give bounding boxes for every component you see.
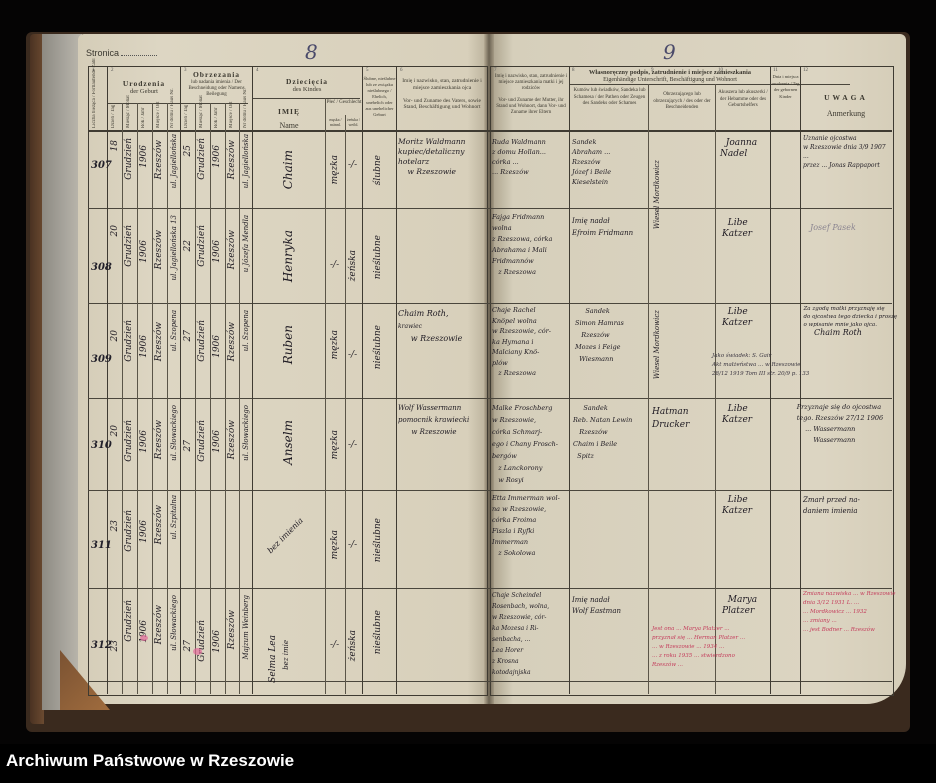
header-subline <box>252 98 360 99</box>
col-divider <box>648 84 649 694</box>
legitimacy: nieślubne <box>373 235 384 279</box>
col5-header: Ślubne, nieślubne lub ze związku nieślub… <box>363 76 396 118</box>
circ-year: 1906 <box>212 240 223 263</box>
col-number: 11 <box>773 68 778 73</box>
birth-house: ul. Jagiellońska 13 <box>169 215 180 280</box>
legitimacy: nieślubne <box>373 325 384 369</box>
left-page-number: 8 <box>305 40 318 64</box>
record-number: 309 <box>91 354 112 365</box>
col-divider <box>137 103 138 694</box>
col-divider <box>569 66 570 694</box>
sex-male: męzka <box>330 330 341 359</box>
sex-female: żeńska <box>348 630 359 661</box>
mother-cell: Chaje ScheindelRosenbach, wolna,w Rzeszo… <box>492 590 549 678</box>
circumciser-cell: HatmanDrucker <box>652 406 689 432</box>
birth-day: 20 <box>110 330 121 341</box>
record-number: 310 <box>91 440 112 451</box>
col2-sub-day: Dzień / Tag <box>111 106 116 128</box>
flyleaf <box>42 34 82 710</box>
birth-month: Grudzień <box>124 225 135 267</box>
birth-place: Rzeszów <box>154 322 165 361</box>
birth-month: Grudzień <box>124 510 135 552</box>
circ-place: Rzeszów <box>227 420 238 459</box>
circ-month: Grudzień <box>197 138 208 180</box>
circ-year: 1906 <box>212 430 223 453</box>
circumciser-cell: Wiesel Mordkowicz <box>652 160 663 229</box>
col-divider <box>225 103 226 694</box>
col3-sub-year: Rok / Jahr <box>214 106 219 128</box>
birth-year: 1906 <box>139 145 150 168</box>
col-divider <box>152 103 153 694</box>
col4-header: Dziecięciades Kindes <box>253 78 361 93</box>
header-separator <box>88 130 892 132</box>
sex-male: męzka <box>330 430 341 459</box>
col3-sub-house: Nr domu / Haus Nr. <box>243 106 248 128</box>
col-divider <box>345 115 346 694</box>
remarks-cell: Przyznaje się do ojcostwa tego. Rzeszów … <box>772 402 883 446</box>
row-divider <box>88 681 892 682</box>
birth-place: Rzeszów <box>154 140 165 179</box>
circ-day: 27 <box>183 330 194 341</box>
col9-header: Obrzezującego lub obrzezujących / des od… <box>649 92 715 112</box>
remarks-cell: Zmarł przed na-daniem imienia <box>803 495 860 517</box>
legitimacy: nieślubne <box>373 518 384 562</box>
col3-sub-month: Miesiąc / Monat <box>199 106 204 128</box>
col-number: 5 <box>366 68 369 73</box>
birth-place: Rzeszów <box>154 605 165 644</box>
legitimacy: nieślubne <box>373 610 384 654</box>
circ-month: Grudzień <box>197 225 208 267</box>
child-name: Anselm <box>283 420 294 465</box>
col2-sub-month: Miesiąc / Monat <box>126 106 131 128</box>
remarks-annotation: Jako świadek: S. GairAkt małżeństwa ... … <box>712 352 809 379</box>
circ-day: 25 <box>183 145 194 156</box>
circ-place: Rzeszów <box>227 322 238 361</box>
midwife-cell: LibeKatzer <box>722 218 752 240</box>
col6-header: Imię i nazwisko, stan, zatrudnienie i mi… <box>398 78 486 111</box>
col11-header: Dnia i miejsca urodzenia / Tag der gebor… <box>771 74 800 100</box>
col-number: 12 <box>803 68 808 73</box>
col-divider <box>180 66 181 694</box>
mother-cell: Ruda Waldmannz domu Hollan...córka .....… <box>492 137 546 177</box>
birth-day: 18 <box>110 140 121 151</box>
mother-cell: Fajga Fridmannwolnaz Rzeszowa, córkaAbra… <box>492 212 552 278</box>
col-divider <box>252 66 253 694</box>
sex-female: -/- <box>348 350 357 361</box>
name-header: IMIĘName <box>253 105 325 133</box>
sex-female-header: żeńska / weibl. <box>345 117 362 127</box>
pink-ink-blot <box>140 635 148 641</box>
midwife-cell: LibeKatzer <box>722 307 752 329</box>
circ-month: Grudzień <box>197 620 208 662</box>
col-divider <box>210 103 211 694</box>
legitimacy: ślubne <box>373 155 384 185</box>
col-divider <box>770 66 771 694</box>
circ-place: Rzeszów <box>227 610 238 649</box>
child-name: Selma Lea <box>268 635 279 683</box>
sex-female: -/- <box>348 440 357 451</box>
birth-place: Rzeszów <box>154 420 165 459</box>
record-number: 312 <box>91 640 112 651</box>
birth-day: 23 <box>110 640 121 651</box>
footnote-red: Jest ona ... Marya Platzer ...przyznał s… <box>652 625 745 670</box>
father-cell: Chaim Roth,krawiec w Rzeszowie <box>398 308 462 345</box>
circ-year: 1906 <box>212 335 223 358</box>
circ-house: Majzum Weinberg <box>241 595 252 660</box>
birth-house: ul. Słowackiego <box>169 595 180 651</box>
midwife-cell: LibeKatzer <box>722 404 752 426</box>
godparents-cell: Imię nadałWolf Eastman <box>572 595 621 617</box>
circ-house: ul. Szopena <box>241 310 252 351</box>
col1-header: Liczba bieżąca / Fortlaufende Zahl <box>92 76 97 128</box>
godparents-cell: SandekSimon Hamras RzeszówMozes i Feige … <box>575 305 624 365</box>
circ-house: u Józefa Mendla <box>241 215 252 272</box>
birth-year: 1906 <box>139 430 150 453</box>
sex-male: męzka <box>330 155 341 184</box>
pink-ink-blot <box>193 648 202 655</box>
col3-sub-place: Miejsce / Ort <box>229 106 234 128</box>
birth-day: 20 <box>110 225 121 236</box>
circ-place: Rzeszów <box>227 140 238 179</box>
birth-day: 23 <box>110 520 121 531</box>
child-name: Chaim <box>283 150 294 189</box>
row-divider <box>88 208 892 209</box>
col2-sub-house: Nr domu / Haus Nr. <box>170 106 175 128</box>
record-number: 311 <box>91 540 112 551</box>
birth-year: 1906 <box>139 240 150 263</box>
col8-10-group-header: Własnoręczny podpis, zatrudnienie i miej… <box>571 69 769 84</box>
mother-cell: Chaje RachelKnöpel wolnaw Rzeszowie, cór… <box>492 305 551 379</box>
row-divider <box>88 303 892 304</box>
archive-footer: Archiwum Państwowe w Rzeszowie <box>0 744 936 783</box>
row-divider <box>88 398 892 399</box>
sex-male: -/- <box>330 260 339 271</box>
sex-male: -/- <box>330 640 339 651</box>
birth-place: Rzeszów <box>154 505 165 544</box>
child-name: Ruben <box>283 325 294 364</box>
record-number: 308 <box>91 262 112 273</box>
birth-month: Grudzień <box>124 138 135 180</box>
remarks-header: UWAGAAnmerkung <box>801 90 891 122</box>
sex-female: żeńska <box>348 250 359 281</box>
remarks-cell: Za zgodą matki przyznaję się do ojcostwa… <box>772 305 897 338</box>
mother-cell: Malke Froschbergw Rzeszowie,córka Schmar… <box>492 402 558 486</box>
birth-house: ul. Szpitalna <box>169 495 180 539</box>
circ-year: 1906 <box>212 630 223 653</box>
col2-sub-year: Rok / Jahr <box>141 106 146 128</box>
birth-house: ul. Jagiellońska <box>169 134 180 188</box>
col-number: 8 <box>572 68 575 73</box>
circ-month: Grudzień <box>197 320 208 362</box>
child-name: Henryka <box>283 230 294 282</box>
col-divider <box>122 103 123 694</box>
col3-sub-day: Dzień / Tag <box>184 106 189 128</box>
col3-header: Obrzezanialub nadania imienia / Der Besc… <box>181 72 252 98</box>
col-divider <box>195 103 196 694</box>
col-number: 7 <box>494 68 497 73</box>
col10-header: Akuszera lub akuszerki / der Hebamme ode… <box>716 90 770 110</box>
birth-place: Rzeszów <box>154 230 165 269</box>
birth-day: 20 <box>110 425 121 436</box>
circ-house: ul. Jagiellońska <box>241 134 252 188</box>
sex-male-header: męska / männl. <box>326 117 345 127</box>
birth-year: 1906 <box>139 335 150 358</box>
circ-year: 1906 <box>212 145 223 168</box>
col-divider <box>239 103 240 694</box>
child-name-note: bez imie <box>281 640 292 670</box>
circumciser-cell: Wiesel Mordkowicz <box>652 310 663 379</box>
circ-place: Rzeszów <box>227 230 238 269</box>
birth-month: Grudzień <box>124 600 135 642</box>
godparents-cell: SandekReb. Natan Lewin RzeszówChaim i Be… <box>573 402 632 462</box>
birth-month: Grudzień <box>124 320 135 362</box>
row-divider <box>88 490 892 491</box>
col-number: 2 <box>111 68 114 73</box>
col-divider <box>325 98 326 694</box>
birth-house: ul. Słowackiego <box>169 405 180 461</box>
col2-sub-place: Miejsce / Ort <box>156 106 161 128</box>
midwife-cell: MaryaPlatzer <box>722 595 757 617</box>
col8-header: Kumów lub świadków, Sandeka lub Schamesa… <box>571 88 648 108</box>
right-page-number: 9 <box>663 40 676 64</box>
col-number: 10 <box>718 68 723 73</box>
remarks-cell: Josef Pasek <box>810 222 856 233</box>
col-divider <box>167 103 168 694</box>
circ-day: 27 <box>183 440 194 451</box>
father-cell: Moritz Waldmannkupiec/detalicznyhotelarz… <box>398 137 466 177</box>
col-number: 6 <box>400 68 403 73</box>
record-number: 307 <box>91 160 112 171</box>
col-divider <box>362 66 363 694</box>
birth-house: ul. Szopena <box>169 310 180 351</box>
godparents-cell: SandekAbraham ...RzeszówJózef i BeileKie… <box>572 137 611 187</box>
col-number: 9 <box>651 68 654 73</box>
header-subline <box>570 84 850 85</box>
father-cell: Wolf Wassermannpomocnik krawiecki w Rzes… <box>398 402 469 438</box>
circ-day: 22 <box>183 240 194 251</box>
midwife-cell: LibeKatzer <box>722 495 752 517</box>
sex-female: -/- <box>348 160 357 171</box>
row-divider <box>88 588 892 589</box>
midwife-cell: JoannaNadel <box>720 138 757 160</box>
birth-year: 1906 <box>139 520 150 543</box>
archive-name: Archiwum Państwowe w Rzeszowie <box>6 751 294 771</box>
godparents-cell: Imię nadałEfroim Fridmann <box>572 215 633 239</box>
sex-header: Płeć / Geschlecht <box>326 100 362 106</box>
remarks-red-cell: Zmiana nazwiska ... w Rzeszowiednia 3/12… <box>803 590 896 635</box>
col-divider <box>396 66 397 694</box>
birth-month: Grudzień <box>124 420 135 462</box>
sex-female: -/- <box>348 540 357 551</box>
col-divider <box>715 84 716 694</box>
mother-cell: Etta Immerman wol-na w Rzeszowie,córka F… <box>492 493 560 559</box>
circ-month: Grudzień <box>197 420 208 462</box>
sex-male: męzka <box>330 530 341 559</box>
col-divider <box>800 66 801 694</box>
circ-house: ul. Słowackiego <box>241 405 252 461</box>
col-number: 4 <box>256 68 259 73</box>
col7-header: Imię i nazwisko, stan, zatrudnienie i mi… <box>493 74 569 116</box>
remarks-cell: Uznanie ojcostwaw Rzeszowie dnia 3/9 190… <box>803 134 886 170</box>
page-label: Stronica <box>86 48 157 58</box>
